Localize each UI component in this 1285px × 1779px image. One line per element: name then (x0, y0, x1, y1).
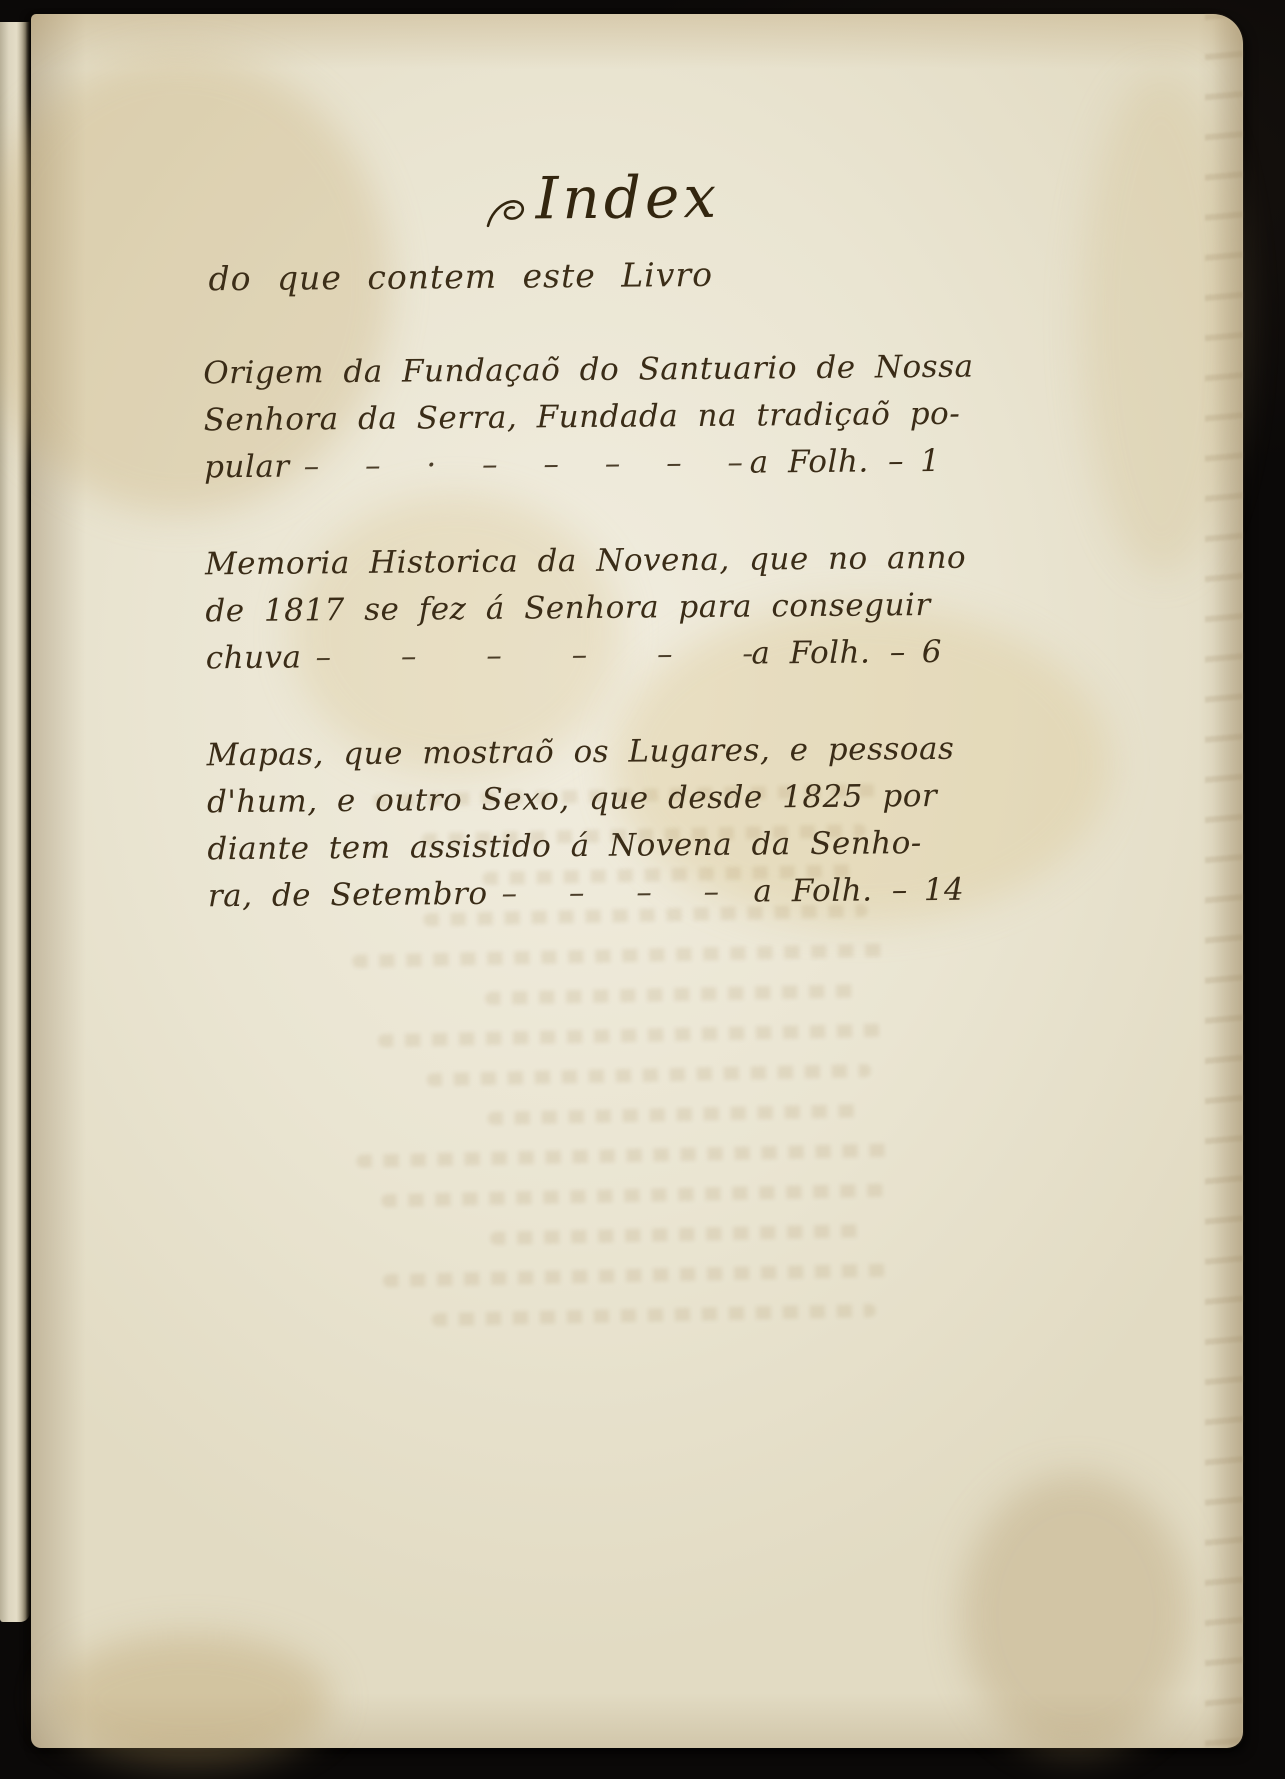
index-entries: Origem da Fundaçaõ do Santuario de Nossa… (203, 344, 968, 921)
entry-text-line: d'hum, e outro Sexo, que desde 1825 por (207, 773, 967, 827)
title-flourish-icon (486, 191, 530, 231)
bleedthrough-line (378, 1024, 882, 1048)
bleedthrough-line (488, 1104, 860, 1125)
folio-number: 6 (912, 629, 966, 676)
bleedthrough-line (381, 1184, 885, 1208)
entry-text-line: diante tem assistido á Novena da Senho- (207, 820, 967, 874)
index-entry: Origem da Fundaçaõ do Santuario de Nossa… (203, 344, 964, 492)
entry-tail-text: pular (204, 444, 290, 492)
bleedthrough-line (427, 1064, 871, 1086)
bleedthrough-line (485, 984, 857, 1005)
page-subtitle: do que contem este Livro (208, 252, 998, 298)
entry-tail-text: ra, de Setembro (208, 871, 488, 920)
entry-text-line: Memoria Historica da Novena, que no anno (205, 535, 965, 589)
page-title-text: Index (535, 163, 720, 233)
entry-text-line: Senhora da Serra, Fundada na tradiçaõ po… (204, 391, 964, 445)
entry-folio-line: pular – – · – – – – – – – a Folh. – 1 (204, 438, 964, 492)
leader-dashes: – – – – – – (487, 869, 753, 918)
index-entry: Mapas, que mostraõ os Lugares, e pessoas… (206, 726, 968, 921)
entry-text-line: Mapas, que mostraõ os Lugares, e pessoas (206, 726, 966, 780)
entry-folio-line: chuva – – – – – – a Folh. – 6 (206, 629, 966, 683)
folio-number: 1 (910, 438, 964, 485)
entry-folio-line: ra, de Setembro – – – – – – a Folh. – 14 (208, 867, 968, 921)
entry-tail-text: chuva (206, 634, 302, 682)
paper-stain (961, 1474, 1191, 1754)
leader-dashes: – – · – – – – – – – (289, 440, 749, 491)
entry-text-line: Origem da Fundaçaõ do Santuario de Nossa (203, 344, 963, 398)
index-entry: Memoria Historica da Novena, que no anno… (205, 535, 966, 683)
folio-number: 14 (914, 867, 968, 914)
fore-edge-crinkle (1205, 14, 1243, 1748)
manuscript-page: Index do que contem este Livro Origem da… (31, 14, 1243, 1748)
paper-stain (51, 1634, 331, 1764)
leader-dashes: – – – – – – (301, 631, 751, 682)
page-title: Index (208, 160, 999, 235)
bleedthrough-line (383, 1264, 887, 1288)
folio-label: a Folh. – (751, 629, 906, 677)
bleedthrough-line (357, 1143, 897, 1167)
previous-page-edge (0, 22, 30, 1622)
folio-label: a Folh. – (750, 438, 905, 486)
bleedthrough-line (490, 1224, 862, 1245)
entry-text-line: de 1817 se fez á Senhora para conseguir (205, 582, 965, 636)
bleedthrough-line (432, 1304, 876, 1326)
photo-of-manuscript: { "colors": { "ink": "#3a2c17", "paper":… (0, 0, 1285, 1779)
handwritten-index: Index do que contem este Livro Origem da… (168, 160, 1005, 970)
folio-label: a Folh. – (753, 867, 908, 915)
